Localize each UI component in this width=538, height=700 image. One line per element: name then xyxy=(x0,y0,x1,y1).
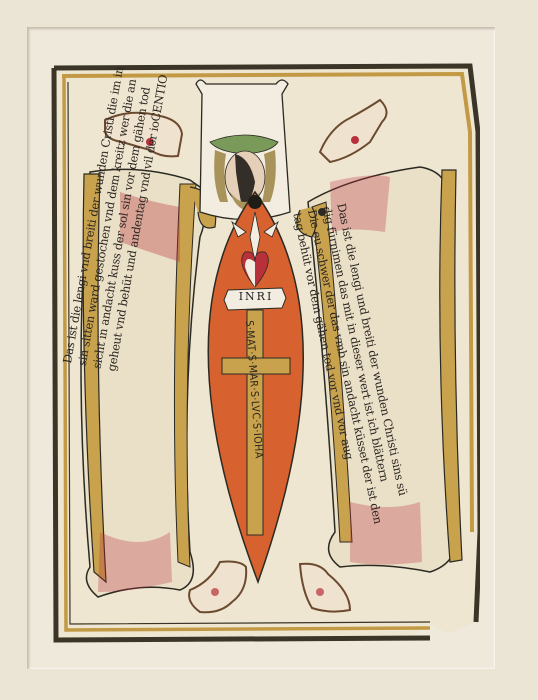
woodcut-print: Das ist die lengi vnd breiti der wunden … xyxy=(50,62,480,644)
veronica-veil xyxy=(196,80,290,220)
inri-banner-text: INRI xyxy=(232,290,280,303)
